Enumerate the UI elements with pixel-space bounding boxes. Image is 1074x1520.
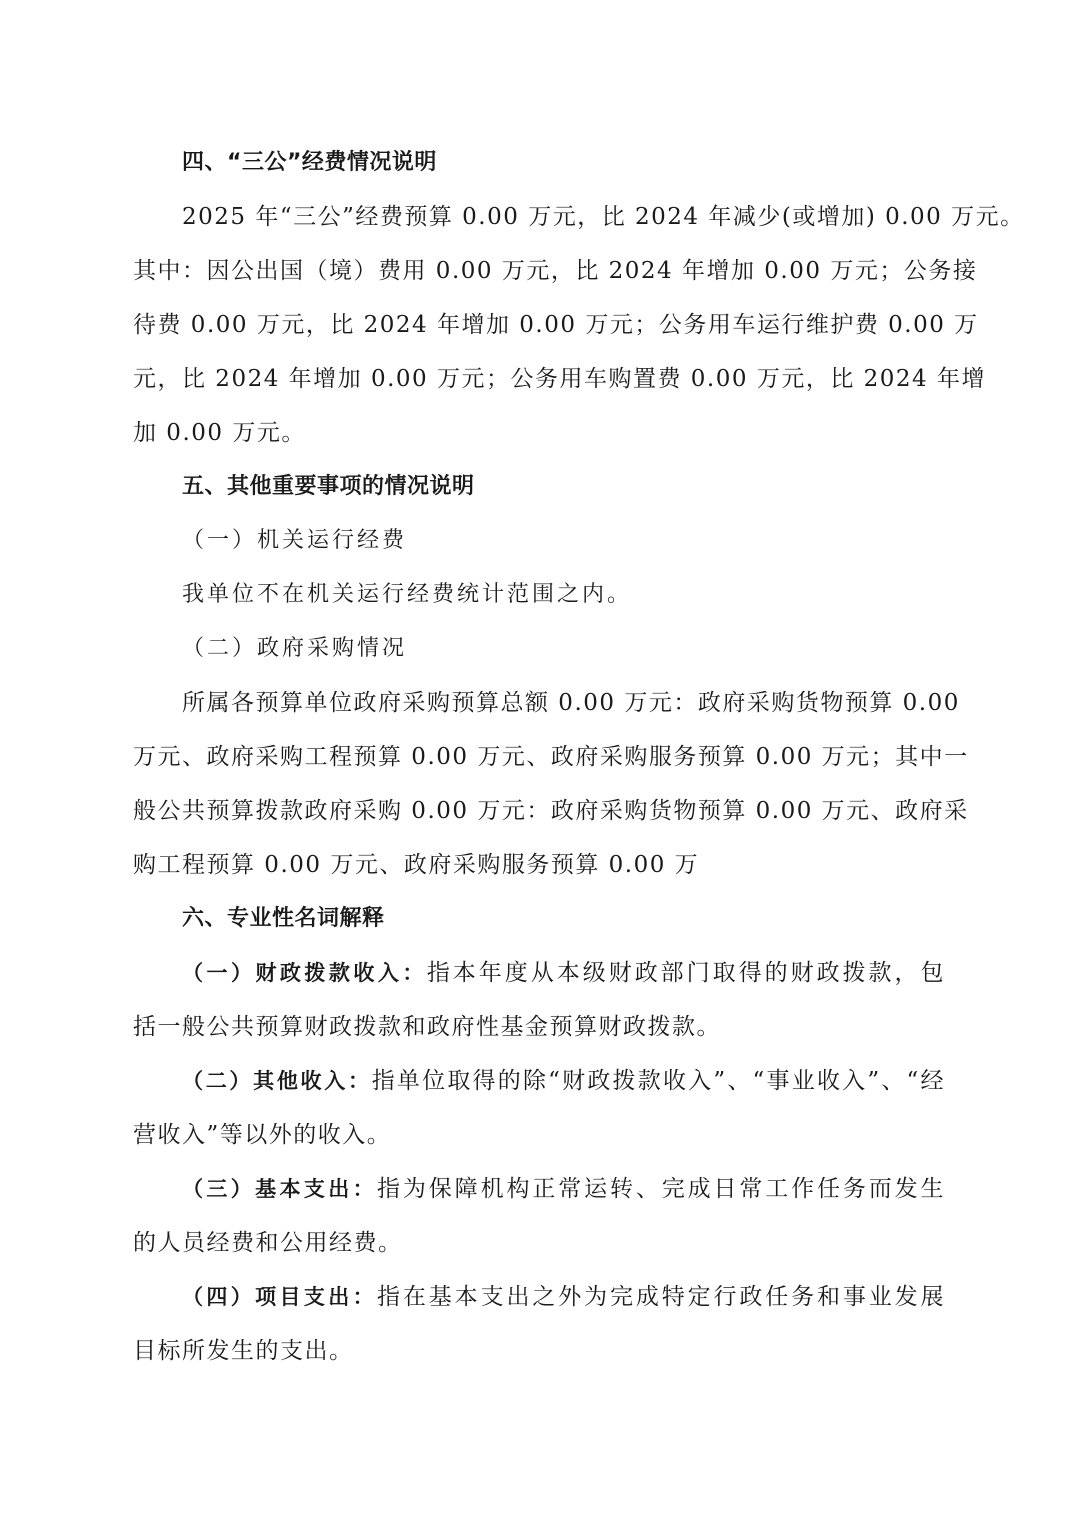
paragraph-line: 目标所发生的支出。 — [133, 1334, 945, 1368]
term-label: （三）基本支出： — [182, 1177, 377, 1201]
paragraph-line: 我单位不在机关运行经费统计范围之内。 — [182, 578, 945, 612]
paragraph-line: 营收入”等以外的收入。 — [133, 1118, 945, 1152]
paragraph-line: 加 0.00 万元。 — [133, 416, 945, 450]
term-label: （一）财政拨款收入： — [182, 961, 427, 985]
section-4-heading: 四、“三公”经费情况说明 — [182, 146, 945, 180]
term-label: （四）项目支出： — [182, 1285, 377, 1309]
term-text: 指单位取得的除“财政拨款收入”、“事业收入”、“经 — [372, 1068, 945, 1094]
term-text: 指为保障机构正常运转、完成日常工作任务而发生 — [377, 1176, 945, 1202]
paragraph-line: 待费 0.00 万元，比 2024 年增加 0.00 万元；公务用车运行维护费 … — [133, 308, 945, 342]
paragraph-line: 2025 年“三公”经费预算 0.00 万元，比 2024 年减少(或增加) 0… — [182, 200, 945, 234]
term-definition-line: （一）财政拨款收入：指本年度从本级财政部门取得的财政拨款，包 — [182, 956, 945, 990]
term-text: 指本年度从本级财政部门取得的财政拨款，包 — [427, 960, 945, 986]
paragraph-line: 括一般公共预算财政拨款和政府性基金预算财政拨款。 — [133, 1010, 945, 1044]
term-definition-line: （三）基本支出：指为保障机构正常运转、完成日常工作任务而发生 — [182, 1172, 945, 1206]
term-definition-line: （二）其他收入：指单位取得的除“财政拨款收入”、“事业收入”、“经 — [182, 1064, 945, 1098]
section-5-heading: 五、其他重要事项的情况说明 — [182, 470, 945, 504]
term-text: 指在基本支出之外为完成特定行政任务和事业发展 — [377, 1284, 945, 1310]
paragraph-line: 所属各预算单位政府采购预算总额 0.00 万元：政府采购货物预算 0.00 — [182, 686, 945, 720]
paragraph-line: 其中：因公出国（境）费用 0.00 万元，比 2024 年增加 0.00 万元；… — [133, 254, 945, 288]
paragraph-line: 万元、政府采购工程预算 0.00 万元、政府采购服务预算 0.00 万元；其中一 — [133, 740, 945, 774]
paragraph-line: 般公共预算拨款政府采购 0.00 万元：政府采购货物预算 0.00 万元、政府采 — [133, 794, 945, 828]
subsection-title: （二）政府采购情况 — [182, 632, 945, 666]
term-definition-line: （四）项目支出：指在基本支出之外为完成特定行政任务和事业发展 — [182, 1280, 945, 1314]
document-page: 四、“三公”经费情况说明 2025 年“三公”经费预算 0.00 万元，比 20… — [0, 0, 1074, 1520]
paragraph-line: 购工程预算 0.00 万元、政府采购服务预算 0.00 万 — [133, 848, 945, 882]
section-6-heading: 六、专业性名词解释 — [182, 902, 945, 936]
paragraph-line: 元，比 2024 年增加 0.00 万元；公务用车购置费 0.00 万元，比 2… — [133, 362, 945, 396]
term-label: （二）其他收入： — [182, 1069, 372, 1093]
subsection-title: （一）机关运行经费 — [182, 524, 945, 558]
paragraph-line: 的人员经费和公用经费。 — [133, 1226, 945, 1260]
